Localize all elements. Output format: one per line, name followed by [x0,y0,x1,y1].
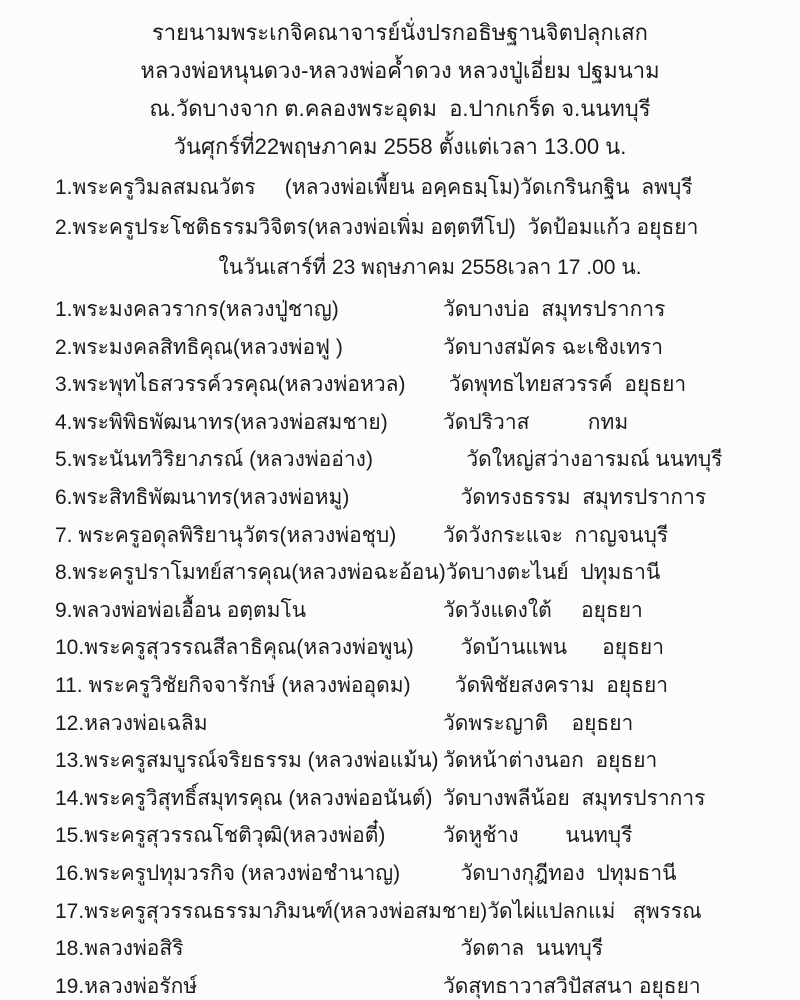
list-row: 13.พระครูสมบูรณ์จริยธรรม (หลวงพ่อแม้น) ว… [55,742,786,780]
temple-name: วัดสุทธาวาสวิปัสสนา อยุธยา [443,968,701,1000]
document-header: รายนามพระเกจิคณาจารย์นั่งปรกอธิษฐานจิตปล… [0,14,800,166]
date-line-day2: ในวันเสาร์ที่ 23 พฤษภาคม 2558เวลา 17 .00… [0,248,800,288]
list-row: 18.พลวงพ่อสิริ วัดตาล นนทบุรี [55,930,786,968]
temple-name: วัดบางกุฎีทอง ปทุมธานี [443,855,677,893]
monk-name: 14.พระครูวิสุทธิ์สมุทรคุณ (หลวงพ่ออนันต์… [55,780,443,818]
temple-name: วัดบางสมัคร ฉะเชิงเทรา [443,329,663,367]
temple-name: วัดทรงธรรม สมุทรปราการ [443,479,706,517]
list-row: 8.พระครูปราโมทย์สารคุณ(หลวงพ่อฉะอ้อน) วั… [55,554,786,592]
monk-name: 12.หลวงพ่อเฉลิม [55,705,443,743]
monk-name: 8.พระครูปราโมทย์สารคุณ(หลวงพ่อฉะอ้อน) [55,554,446,592]
monk-name: 18.พลวงพ่อสิริ [55,930,443,968]
temple-name: วัดปริวาส กทม [443,404,628,442]
monk-name: 10.พระครูสุวรรณสีลาธิคุณ(หลวงพ่อพูน) [55,629,443,667]
list-row: 6.พระสิทธิพัฒนาทร(หลวงพ่อหมู) วัดทรงธรรม… [55,479,786,517]
temple-name: วัดบางบ่อ สมุทรปราการ [443,291,665,329]
list-row: 16.พระครูปทุมวรกิจ (หลวงพ่อชำนาญ) วัดบาง… [55,855,786,893]
monk-name: 1.พระมงคลวรากร(หลวงปู่ชาญ) [55,291,443,329]
temple-name: วัดใหญ่สว่างอารมณ์ นนทบุรี [443,441,722,479]
monk-name: 9.พลวงพ่อพ่อเอื้อน อตฺตมโน [55,592,443,630]
date-line-day1: วันศุกร์ที่22พฤษภาคม 2558 ตั้งแต่เวลา 13… [0,128,800,166]
temple-name: วัดพระญาติ อยุธยา [443,705,633,743]
temple-name: วัดวังกระแจะ กาญจนบุรี [443,517,668,555]
document-subtitle: หลวงพ่อหนุนดวง-หลวงพ่อค้ำดวง หลวงปู่เอี่… [0,52,800,90]
monk-name: 2.พระมงคลสิทธิคุณ(หลวงพ่อฟู ) [55,329,443,367]
monk-name: 3.พระพุทไธสวรรค์วรคุณ(หลวงพ่อหวล) [55,366,443,404]
monk-name: 19.หลวงพ่อรักษ์ [55,968,443,1000]
day1-entry: 1.พระครูวิมลสมณวัตร (หลวงพ่อเพี้ยน อคฺคธ… [55,168,780,208]
temple-name: วัดบางพลีน้อย สมุทรปราการ [443,780,705,818]
temple-name: วัดบ้านแพน อยุธยา [443,629,664,667]
temple-name: วัดหูช้าง นนทบุรี [443,817,632,855]
list-row: 2.พระมงคลสิทธิคุณ(หลวงพ่อฟู ) วัดบางสมัค… [55,329,786,367]
list-row: 12.หลวงพ่อเฉลิม วัดพระญาติ อยุธยา [55,705,786,743]
monk-list: 1.พระมงคลวรากร(หลวงปู่ชาญ) วัดบางบ่อ สมุ… [0,291,800,1000]
list-row: 17.พระครูสุวรรณธรรมาภิมนฑ์(หลวงพ่อสมชาย)… [55,893,786,931]
list-row: 19.หลวงพ่อรักษ์ วัดสุทธาวาสวิปัสสนา อยุธ… [55,968,786,1000]
temple-name: วัดวังแดงใต้ อยุธยา [443,592,643,630]
list-row: 5.พระนันทวิริยาภรณ์ (หลวงพ่ออ่าง) วัดใหญ… [55,441,786,479]
monk-name: 16.พระครูปทุมวรกิจ (หลวงพ่อชำนาญ) [55,855,443,893]
monk-name: 13.พระครูสมบูรณ์จริยธรรม (หลวงพ่อแม้น) [55,742,443,780]
venue-line: ณ.วัดบางจาก ต.คลองพระอุดม อ.ปากเกร็ด จ.น… [0,90,800,128]
list-row: 14.พระครูวิสุทธิ์สมุทรคุณ (หลวงพ่ออนันต์… [55,780,786,818]
temple-name: วัดบางตะไนย์ ปทุมธานี [446,554,661,592]
list-row: 10.พระครูสุวรรณสีลาธิคุณ(หลวงพ่อพูน) วัด… [55,629,786,667]
scanned-document-page: รายนามพระเกจิคณาจารย์นั่งปรกอธิษฐานจิตปล… [0,0,800,1000]
list-row: 1.พระมงคลวรากร(หลวงปู่ชาญ) วัดบางบ่อ สมุ… [55,291,786,329]
monk-name: 4.พระพิพิธพัฒนาทร(หลวงพ่อสมชาย) [55,404,443,442]
temple-name: วัดไผ่แปลกแม่ สุพรรณ [487,893,701,931]
list-row: 7. พระครูอดุลพิริยานุวัตร(หลวงพ่อชุบ) วั… [55,517,786,555]
list-row: 9.พลวงพ่อพ่อเอื้อน อตฺตมโน วัดวังแดงใต้ … [55,592,786,630]
temple-name: วัดพิชัยสงคราม อยุธยา [443,667,668,705]
list-row: 3.พระพุทไธสวรรค์วรคุณ(หลวงพ่อหวล) วัดพุท… [55,366,786,404]
monk-name: 11. พระครูวิชัยกิจจารักษ์ (หลวงพ่ออุดม) [55,667,443,705]
monk-name: 15.พระครูสุวรรณโชติวุฒิ(หลวงพ่อตี๋) [55,817,443,855]
list-row: 15.พระครูสุวรรณโชติวุฒิ(หลวงพ่อตี๋) วัดห… [55,817,786,855]
temple-name: วัดพุทธไทยสวรรค์ อยุธยา [443,366,686,404]
monk-name: 7. พระครูอดุลพิริยานุวัตร(หลวงพ่อชุบ) [55,517,443,555]
list-row: 4.พระพิพิธพัฒนาทร(หลวงพ่อสมชาย) วัดปริวา… [55,404,786,442]
monk-name: 6.พระสิทธิพัฒนาทร(หลวงพ่อหมู) [55,479,443,517]
monk-name: 5.พระนันทวิริยาภรณ์ (หลวงพ่ออ่าง) [55,441,443,479]
temple-name: วัดหน้าต่างนอก อยุธยา [443,742,657,780]
document-title: รายนามพระเกจิคณาจารย์นั่งปรกอธิษฐานจิตปล… [0,14,800,52]
monk-name: 17.พระครูสุวรรณธรรมาภิมนฑ์(หลวงพ่อสมชาย) [55,893,487,931]
day1-entry: 2.พระครูประโชติธรรมวิจิตร(หลวงพ่อเพิ่ม อ… [55,208,780,248]
list-row: 11. พระครูวิชัยกิจจารักษ์ (หลวงพ่ออุดม) … [55,667,786,705]
day1-section: 1.พระครูวิมลสมณวัตร (หลวงพ่อเพี้ยน อคฺคธ… [0,168,800,248]
temple-name: วัดตาล นนทบุรี [443,930,603,968]
